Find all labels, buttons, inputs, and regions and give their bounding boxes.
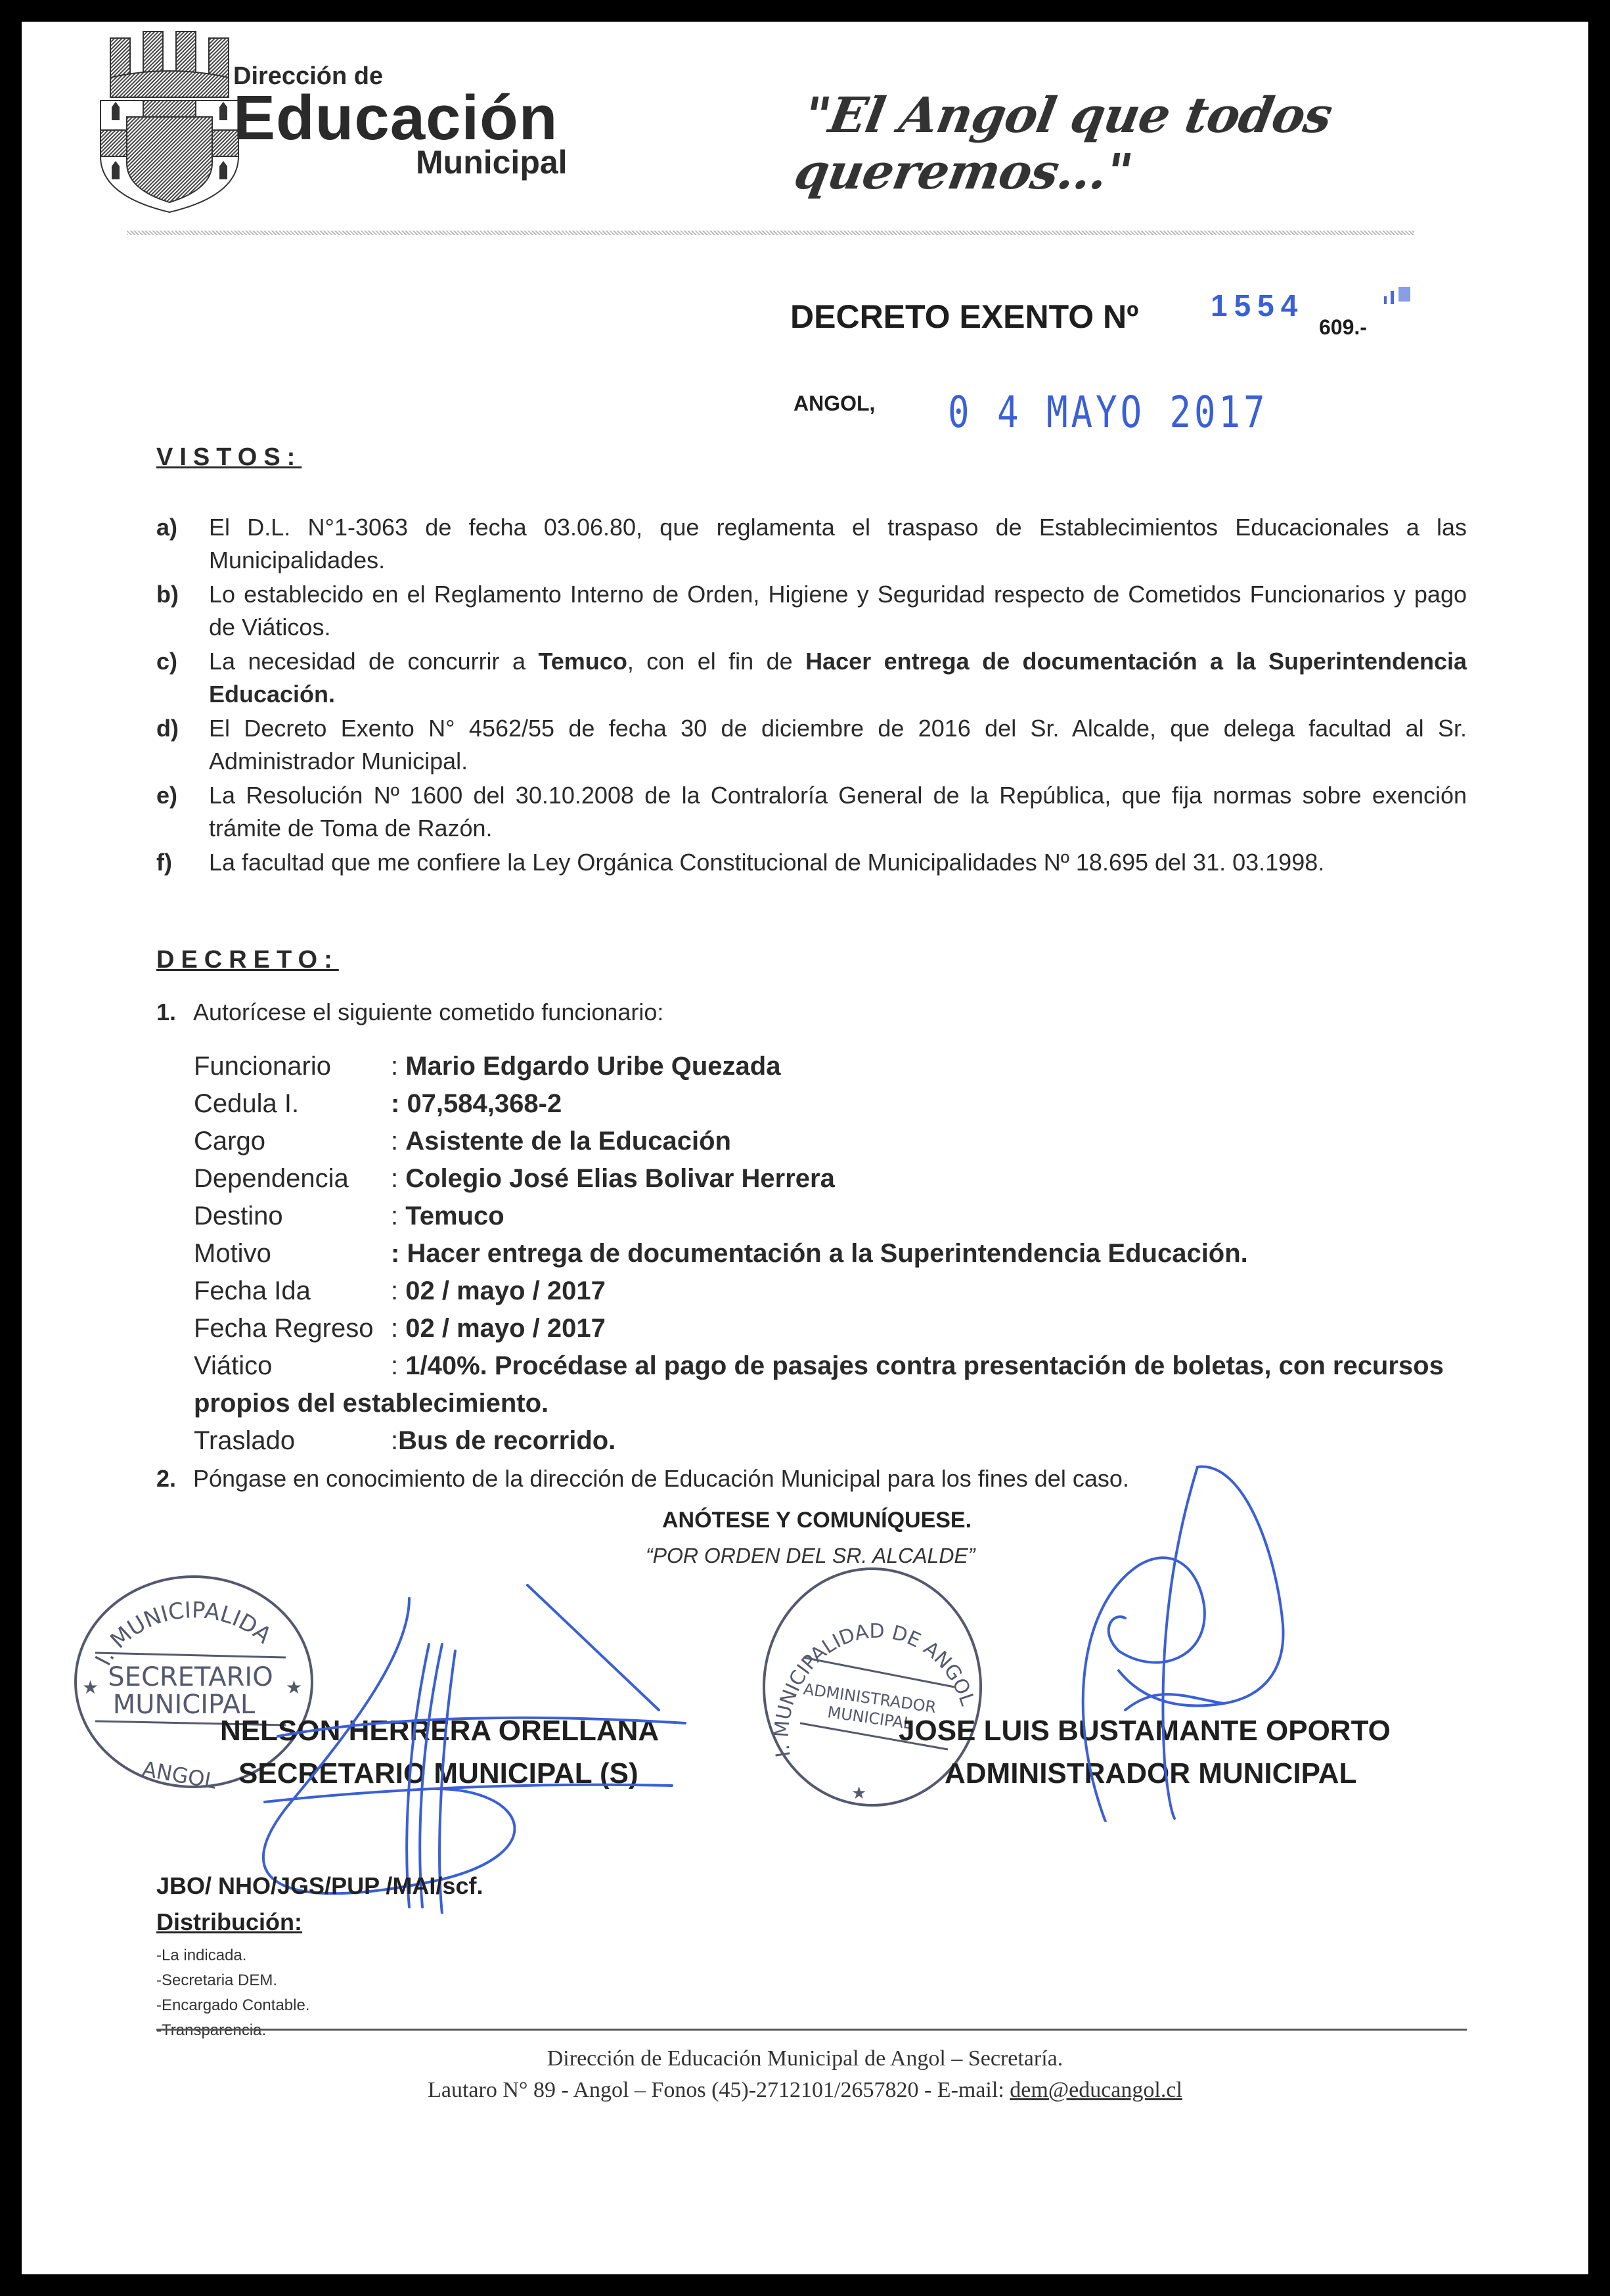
- article-1-text: Autorícese el siguiente cometido funcion…: [193, 999, 663, 1025]
- decree-stamp-number: 1554: [1211, 288, 1304, 323]
- vistos-letter: e): [156, 779, 209, 845]
- field-label: Dependencia: [194, 1160, 391, 1198]
- decreto-heading: DECRETO:: [156, 946, 339, 974]
- decree-title: DECRETO EXENTO Nº: [790, 298, 1138, 336]
- vistos-letter: a): [156, 511, 209, 577]
- distribution-item: -La indicada.: [156, 1943, 309, 1968]
- footer-divider: [156, 2029, 1467, 2031]
- field-value: 02 / mayo / 2017: [405, 1314, 606, 1343]
- distribution-heading: Distribución:: [156, 1908, 302, 1936]
- vistos-letter: c): [156, 645, 209, 711]
- vistos-item: f) La facultad que me confiere la Ley Or…: [156, 846, 1467, 879]
- field-row-cedula: Cedula I. : 07,584,368-2: [194, 1085, 1468, 1123]
- slogan: "El Angol que todos queremos...": [790, 87, 1588, 200]
- vistos-letter: d): [156, 712, 209, 778]
- vistos-letter: b): [156, 578, 209, 644]
- signatory-1-name: NELSON HERRERA ORELLANA: [220, 1715, 659, 1747]
- field-value: Colegio José Elias Bolivar Herrera: [405, 1164, 835, 1193]
- vistos-text: El Decreto Exento N° 4562/55 de fecha 30…: [209, 712, 1467, 778]
- document-page: Dirección de Educación Municipal "El Ang…: [22, 22, 1588, 2274]
- field-value: 02 / mayo / 2017: [405, 1276, 606, 1305]
- decree-sub-number: 609.-: [1319, 315, 1367, 340]
- field-value: Temuco: [405, 1202, 504, 1230]
- field-row-funcionario: Funcionario : Mario Edgardo Uribe Quezad…: [194, 1048, 1468, 1085]
- svg-text:ANGOL: ANGOL: [141, 1756, 219, 1793]
- vistos-text: La Resolución Nº 1600 del 30.10.2008 de …: [209, 779, 1467, 845]
- vistos-text: Lo establecido en el Reglamento Interno …: [209, 578, 1467, 644]
- footer-email-link[interactable]: dem@educangol.cl: [1010, 2078, 1182, 2102]
- svg-text:★: ★: [286, 1677, 302, 1698]
- field-row-cargo: Cargo : Asistente de la Educación: [194, 1123, 1468, 1160]
- footer-address: Lautaro N° 89 - Angol – Fonos (45)-27121…: [428, 2078, 1010, 2102]
- field-row-dependencia: Dependencia : Colegio José Elias Bolivar…: [194, 1160, 1468, 1198]
- municipal-crest-icon: [97, 25, 242, 215]
- signatory-2-name: JOSE LUIS BUSTAMANTE OPORTO: [899, 1715, 1391, 1747]
- decree-date-stamp: 0 4 MAYO 2017: [948, 387, 1268, 438]
- field-value-continuation: propios del establecimiento.: [194, 1385, 1468, 1422]
- initials-reference: JBO/ NHO/JGS/PUP /MAI/scf.: [156, 1872, 483, 1900]
- svg-text:★: ★: [82, 1677, 99, 1698]
- signatory-1-role: SECRETARIO MUNICIPAL (S): [238, 1757, 638, 1790]
- field-label: Fecha Ida: [194, 1272, 391, 1310]
- header-divider: [127, 231, 1414, 235]
- field-label: Funcionario: [194, 1048, 391, 1085]
- field-value: Asistente de la Educación: [405, 1127, 731, 1156]
- field-value: Hacer entrega de documentación a la Supe…: [407, 1239, 1247, 1268]
- article-2-text: Póngase en conocimiento de la dirección …: [193, 1465, 1129, 1492]
- stamp-smudge-icon: [1381, 284, 1414, 311]
- org-name-line3: Municipal: [416, 143, 568, 181]
- vistos-item: c) La necesidad de concurrir a Temuco, c…: [156, 645, 1467, 711]
- field-label: Destino: [194, 1198, 391, 1235]
- vistos-destination: Temuco: [538, 648, 627, 675]
- vistos-text-part: , con el fin de: [627, 648, 805, 675]
- article-1-number: 1.: [156, 999, 193, 1026]
- distribution-item: -Secretaria DEM.: [156, 1968, 309, 1993]
- article-1: 1.Autorícese el siguiente cometido funci…: [156, 999, 663, 1026]
- vistos-text: La facultad que me confiere la Ley Orgán…: [209, 846, 1467, 879]
- field-row-traslado: Traslado :Bus de recorrido.: [194, 1422, 1468, 1460]
- field-label: Viático: [194, 1347, 391, 1385]
- field-row-viatico: Viático : 1/40%. Procédase al pago de pa…: [194, 1347, 1468, 1385]
- vistos-heading: VISTOS:: [156, 443, 302, 472]
- commission-fields: Funcionario : Mario Edgardo Uribe Quezad…: [194, 1048, 1468, 1460]
- field-label: Traslado: [194, 1422, 391, 1460]
- field-label: Fecha Regreso: [194, 1310, 391, 1347]
- closing-formula: ANÓTESE Y COMUNÍQUESE.: [662, 1508, 972, 1533]
- svg-text:SECRETARIO: SECRETARIO: [108, 1662, 273, 1692]
- field-value: Mario Edgardo Uribe Quezada: [405, 1052, 780, 1081]
- svg-text:★: ★: [851, 1783, 866, 1803]
- vistos-list: a) El D.L. N°1-3063 de fecha 03.06.80, q…: [156, 511, 1467, 880]
- vistos-text: El D.L. N°1-3063 de fecha 03.06.80, que …: [209, 511, 1467, 577]
- footer-org-line: Dirección de Educación Municipal de Ango…: [22, 2046, 1588, 2071]
- vistos-text: La necesidad de concurrir a Temuco, con …: [209, 645, 1467, 711]
- field-label: Motivo: [194, 1235, 391, 1272]
- field-row-destino: Destino : Temuco: [194, 1198, 1468, 1235]
- distribution-item: -Transparencia.: [156, 2018, 309, 2043]
- decree-city: ANGOL,: [794, 392, 875, 416]
- vistos-item: a) El D.L. N°1-3063 de fecha 03.06.80, q…: [156, 511, 1467, 577]
- vistos-item: b) Lo establecido en el Reglamento Inter…: [156, 578, 1467, 644]
- article-2: 2.Póngase en conocimiento de la direcció…: [156, 1465, 1129, 1493]
- footer-contact-line: Lautaro N° 89 - Angol – Fonos (45)-27121…: [22, 2078, 1588, 2103]
- field-value: Bus de recorrido.: [398, 1426, 615, 1455]
- vistos-item: e) La Resolución Nº 1600 del 30.10.2008 …: [156, 779, 1467, 845]
- field-row-fecha-regreso: Fecha Regreso : 02 / mayo / 2017: [194, 1310, 1468, 1347]
- distribution-item: -Encargado Contable.: [156, 1993, 309, 2018]
- vistos-item: d) El Decreto Exento N° 4562/55 de fecha…: [156, 712, 1467, 778]
- signatory-2-role: ADMINISTRADOR MUNICIPAL: [945, 1757, 1356, 1790]
- field-label: Cedula I.: [194, 1085, 391, 1123]
- vistos-letter: f): [156, 846, 209, 879]
- field-label: Cargo: [194, 1123, 391, 1160]
- field-value: 1/40%. Procédase al pago de pasajes cont…: [405, 1351, 1444, 1380]
- vistos-text-part: La necesidad de concurrir a: [209, 648, 538, 675]
- field-value: 07,584,368-2: [407, 1089, 562, 1118]
- article-2-number: 2.: [156, 1465, 193, 1493]
- field-row-fecha-ida: Fecha Ida : 02 / mayo / 2017: [194, 1272, 1468, 1310]
- field-row-motivo: Motivo : Hacer entrega de documentación …: [194, 1235, 1468, 1272]
